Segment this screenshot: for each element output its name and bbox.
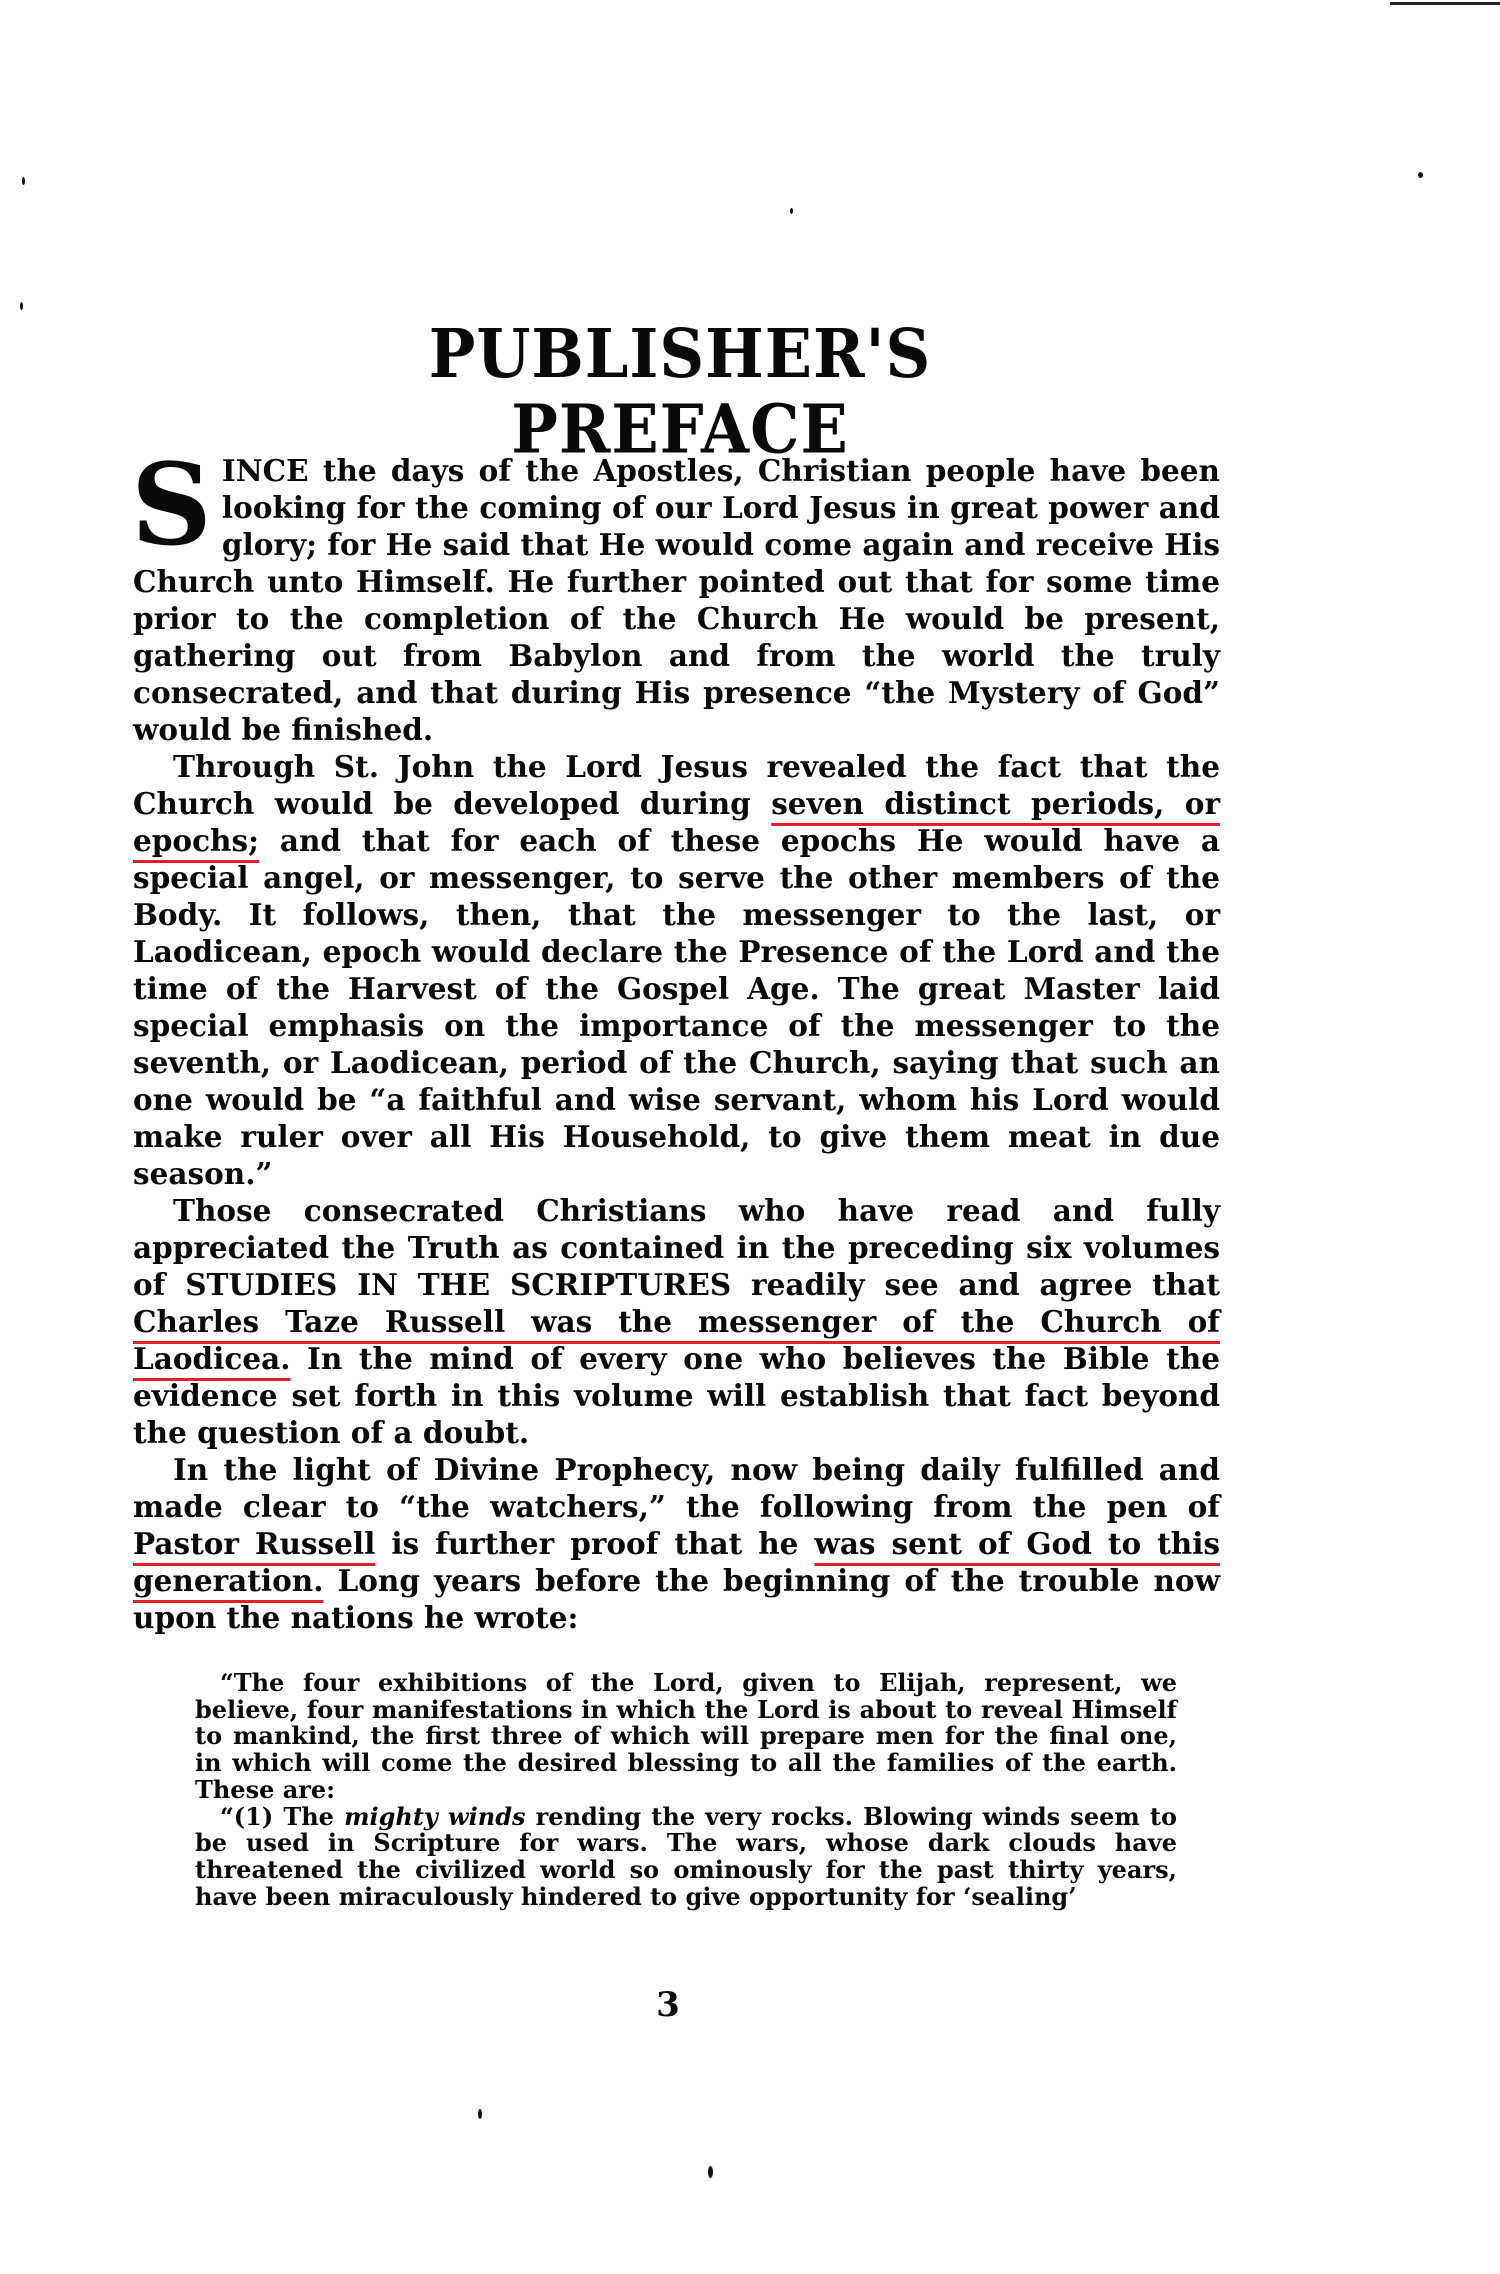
text-segment: and that for each of these epochs He wou… (133, 823, 1220, 1191)
quote-paragraph-1: “The four exhibitions of the Lord, given… (195, 1670, 1177, 1804)
text-segment: “The four exhibitions of the Lord, given… (195, 1668, 1177, 1804)
paragraph-4: In the light of Divine Prophecy, now bei… (133, 1451, 1220, 1636)
page-title: PUBLISHER'S PREFACE (260, 316, 1100, 467)
scan-speck (1418, 172, 1423, 178)
text-segment: is further proof that he (375, 1526, 814, 1561)
text-segment: INCE the days of the Apostles, Christian… (133, 453, 1220, 747)
block-quote: “The four exhibitions of the Lord, given… (195, 1670, 1177, 1910)
paragraph-3: Those consecrated Christians who have re… (133, 1192, 1220, 1451)
book-page: PUBLISHER'S PREFACE SINCE the days of th… (0, 0, 1500, 2274)
scan-edge-mark (1390, 2, 1500, 5)
text-segment: In the light of Divine Prophecy, now bei… (133, 1452, 1220, 1524)
paragraph-2: Through St. John the Lord Jesus revealed… (133, 748, 1220, 1192)
scan-speck (478, 2109, 482, 2119)
italic-phrase: mighty winds (344, 1802, 525, 1831)
text-segment: “(1) The (220, 1802, 344, 1831)
quote-paragraph-2: “(1) The mighty winds rending the very r… (195, 1804, 1177, 1911)
underlined-phrase: Pastor Russell (133, 1526, 375, 1561)
scan-speck (20, 302, 23, 310)
text-segment: In the mind of every one who believes th… (133, 1341, 1220, 1450)
paragraph-1: SINCE the days of the Apostles, Christia… (133, 452, 1220, 748)
drop-cap: S (131, 456, 212, 560)
scan-speck (708, 2166, 713, 2178)
text-segment: Those consecrated Christians who have re… (133, 1193, 1220, 1302)
scan-speck (790, 208, 793, 214)
preface-body: SINCE the days of the Apostles, Christia… (133, 452, 1220, 1636)
page-number: 3 (640, 1985, 696, 2025)
scan-speck (22, 177, 25, 185)
